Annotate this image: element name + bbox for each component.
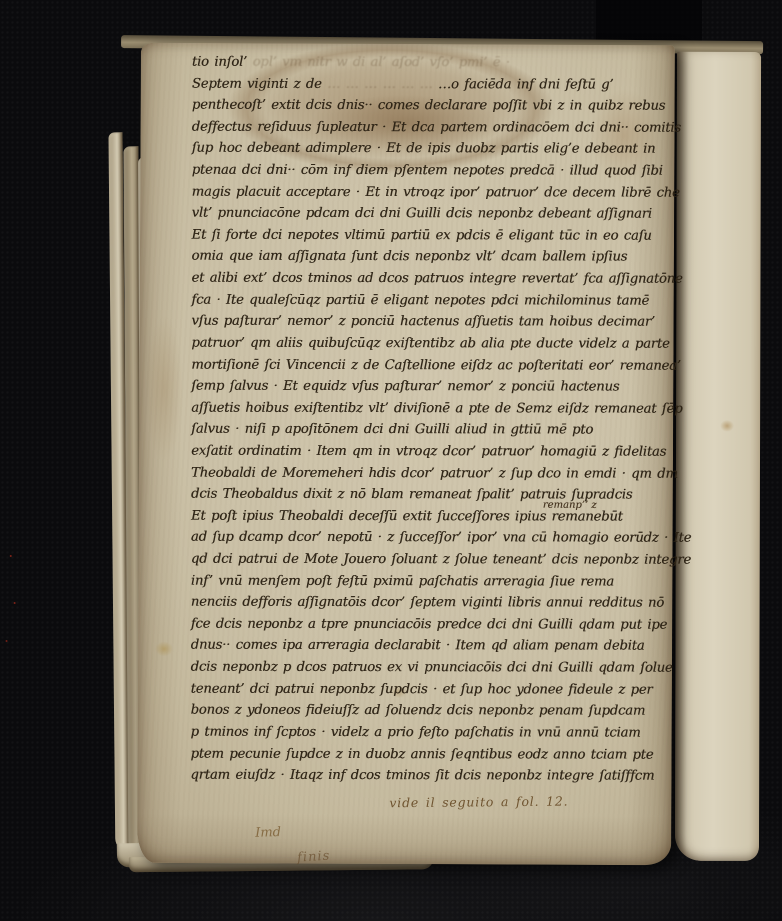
manuscript-line: et alibi ext’ dcos tminos ad dcos patruo… [191,268,665,291]
manuscript-line: omia que iam aſſignata ſunt dcis neponbz… [191,246,665,269]
manuscript-book: tio inſol’ opl’ vm nitr w di al’ aſod’ v… [0,0,782,921]
manuscript-line: p tminos inf ſcptos · videlz a prio feſt… [191,722,665,745]
manuscript-line: teneant’ dci patrui neponbz ſupdcis · et… [191,678,665,701]
manuscript-line: fca · Ite qualeſcūqz partiū ē eligant ne… [191,289,665,312]
stain-blotch [152,639,176,659]
manuscript-line: magis placuit acceptare · Et in vtroqz i… [192,181,666,204]
manuscript-line: patruor’ qm aliis quibuſcūqz exiſtentibz… [191,333,665,356]
faint-mark-imd: Imd [255,825,281,841]
manuscript-line: ſalvus · niſi p apoſitōnem dci dni Guill… [191,419,665,442]
manuscript-line: ſup hoc debeant adimplere · Et de ipis d… [192,138,666,161]
stain-blotch [139,291,190,487]
manuscript-line: ptenaa dci dni·· cōm inf diem pſentem ne… [192,160,666,183]
manuscript-leaf: tio inſol’ opl’ vm nitr w di al’ aſod’ v… [137,43,675,866]
fox-spot [720,420,734,432]
manuscript-line: mortiſionē ſci Vincencii z de Caſtellion… [191,354,665,377]
manuscript-line: aſſuetis hoibus exiſtentibz vlt’ diviſio… [191,397,665,420]
manuscript-line: bonos z ydoneos fideiuſſz ad ſoluendz dc… [191,700,665,723]
manuscript-line: Septem viginti z de … … … … … … …o faciē… [192,73,666,96]
manuscript-line: qrtam eiuſdz · Itaqz inf dcos tminos ſit… [190,765,664,788]
facing-page-edge [675,52,761,861]
photo-scene: tio inſol’ opl’ vm nitr w di al’ aſod’ v… [0,0,782,921]
faint-mark-finis: finis [297,849,331,866]
manuscript-line: ptem pecunie ſupdce z in duobz annis ſeq… [190,743,664,766]
manuscript-line: tio inſol’ opl’ vm nitr w di al’ aſod’ v… [192,52,666,75]
interline-addition: remanp’’ z [543,500,597,511]
manuscript-line: ſemp ſalvus · Et equidz vſus paſturar’ n… [191,376,665,399]
manuscript-text-block: tio inſol’ opl’ vm nitr w di al’ aſod’ v… [190,52,666,788]
red-dye-speckles [1,0,3,1]
manuscript-line: penthecoſt’ extit dcis dnis·· comes decl… [192,95,666,118]
manuscript-line: vſus paſturar’ nemor’ z ponciū hactenus … [191,311,665,334]
continuation-note: vide il seguito a fol. 12. [389,794,568,811]
manuscript-line: deffectus reſiduus ſupleatur · Et dca pa… [192,116,666,139]
manuscript-line: qd dci patrui de Mote Jouero ſoluant z ſ… [191,549,665,572]
manuscript-line: inf’ vnū menſem poſt feſtū pximū paſchat… [191,570,665,593]
manuscript-line: ad ſup dcamp dcor’ nepotū · z ſucceſſor’… [191,527,665,550]
manuscript-line: exſatit ordinatim · Item qm in vtroqz dc… [191,441,665,464]
manuscript-line: fce dcis neponbz a tpre pnunciacōis pred… [191,613,665,636]
manuscript-line: Theobaldi de Moremeheri hdis dcor’ patru… [191,462,665,485]
manuscript-line: nenciis defforis aſſignatōis dcor’ ſepte… [191,592,665,615]
manuscript-line: Et ſi forte dci nepotes vltimū partiū ex… [192,225,666,248]
manuscript-line: vlt’ pnunciacōne pdcam dci dni Guilli dc… [192,203,666,226]
manuscript-line: dnus·· comes ipa arreragia declarabit · … [191,635,665,658]
manuscript-line: dcis neponbz p dcos patruos ex vi pnunci… [191,657,665,680]
